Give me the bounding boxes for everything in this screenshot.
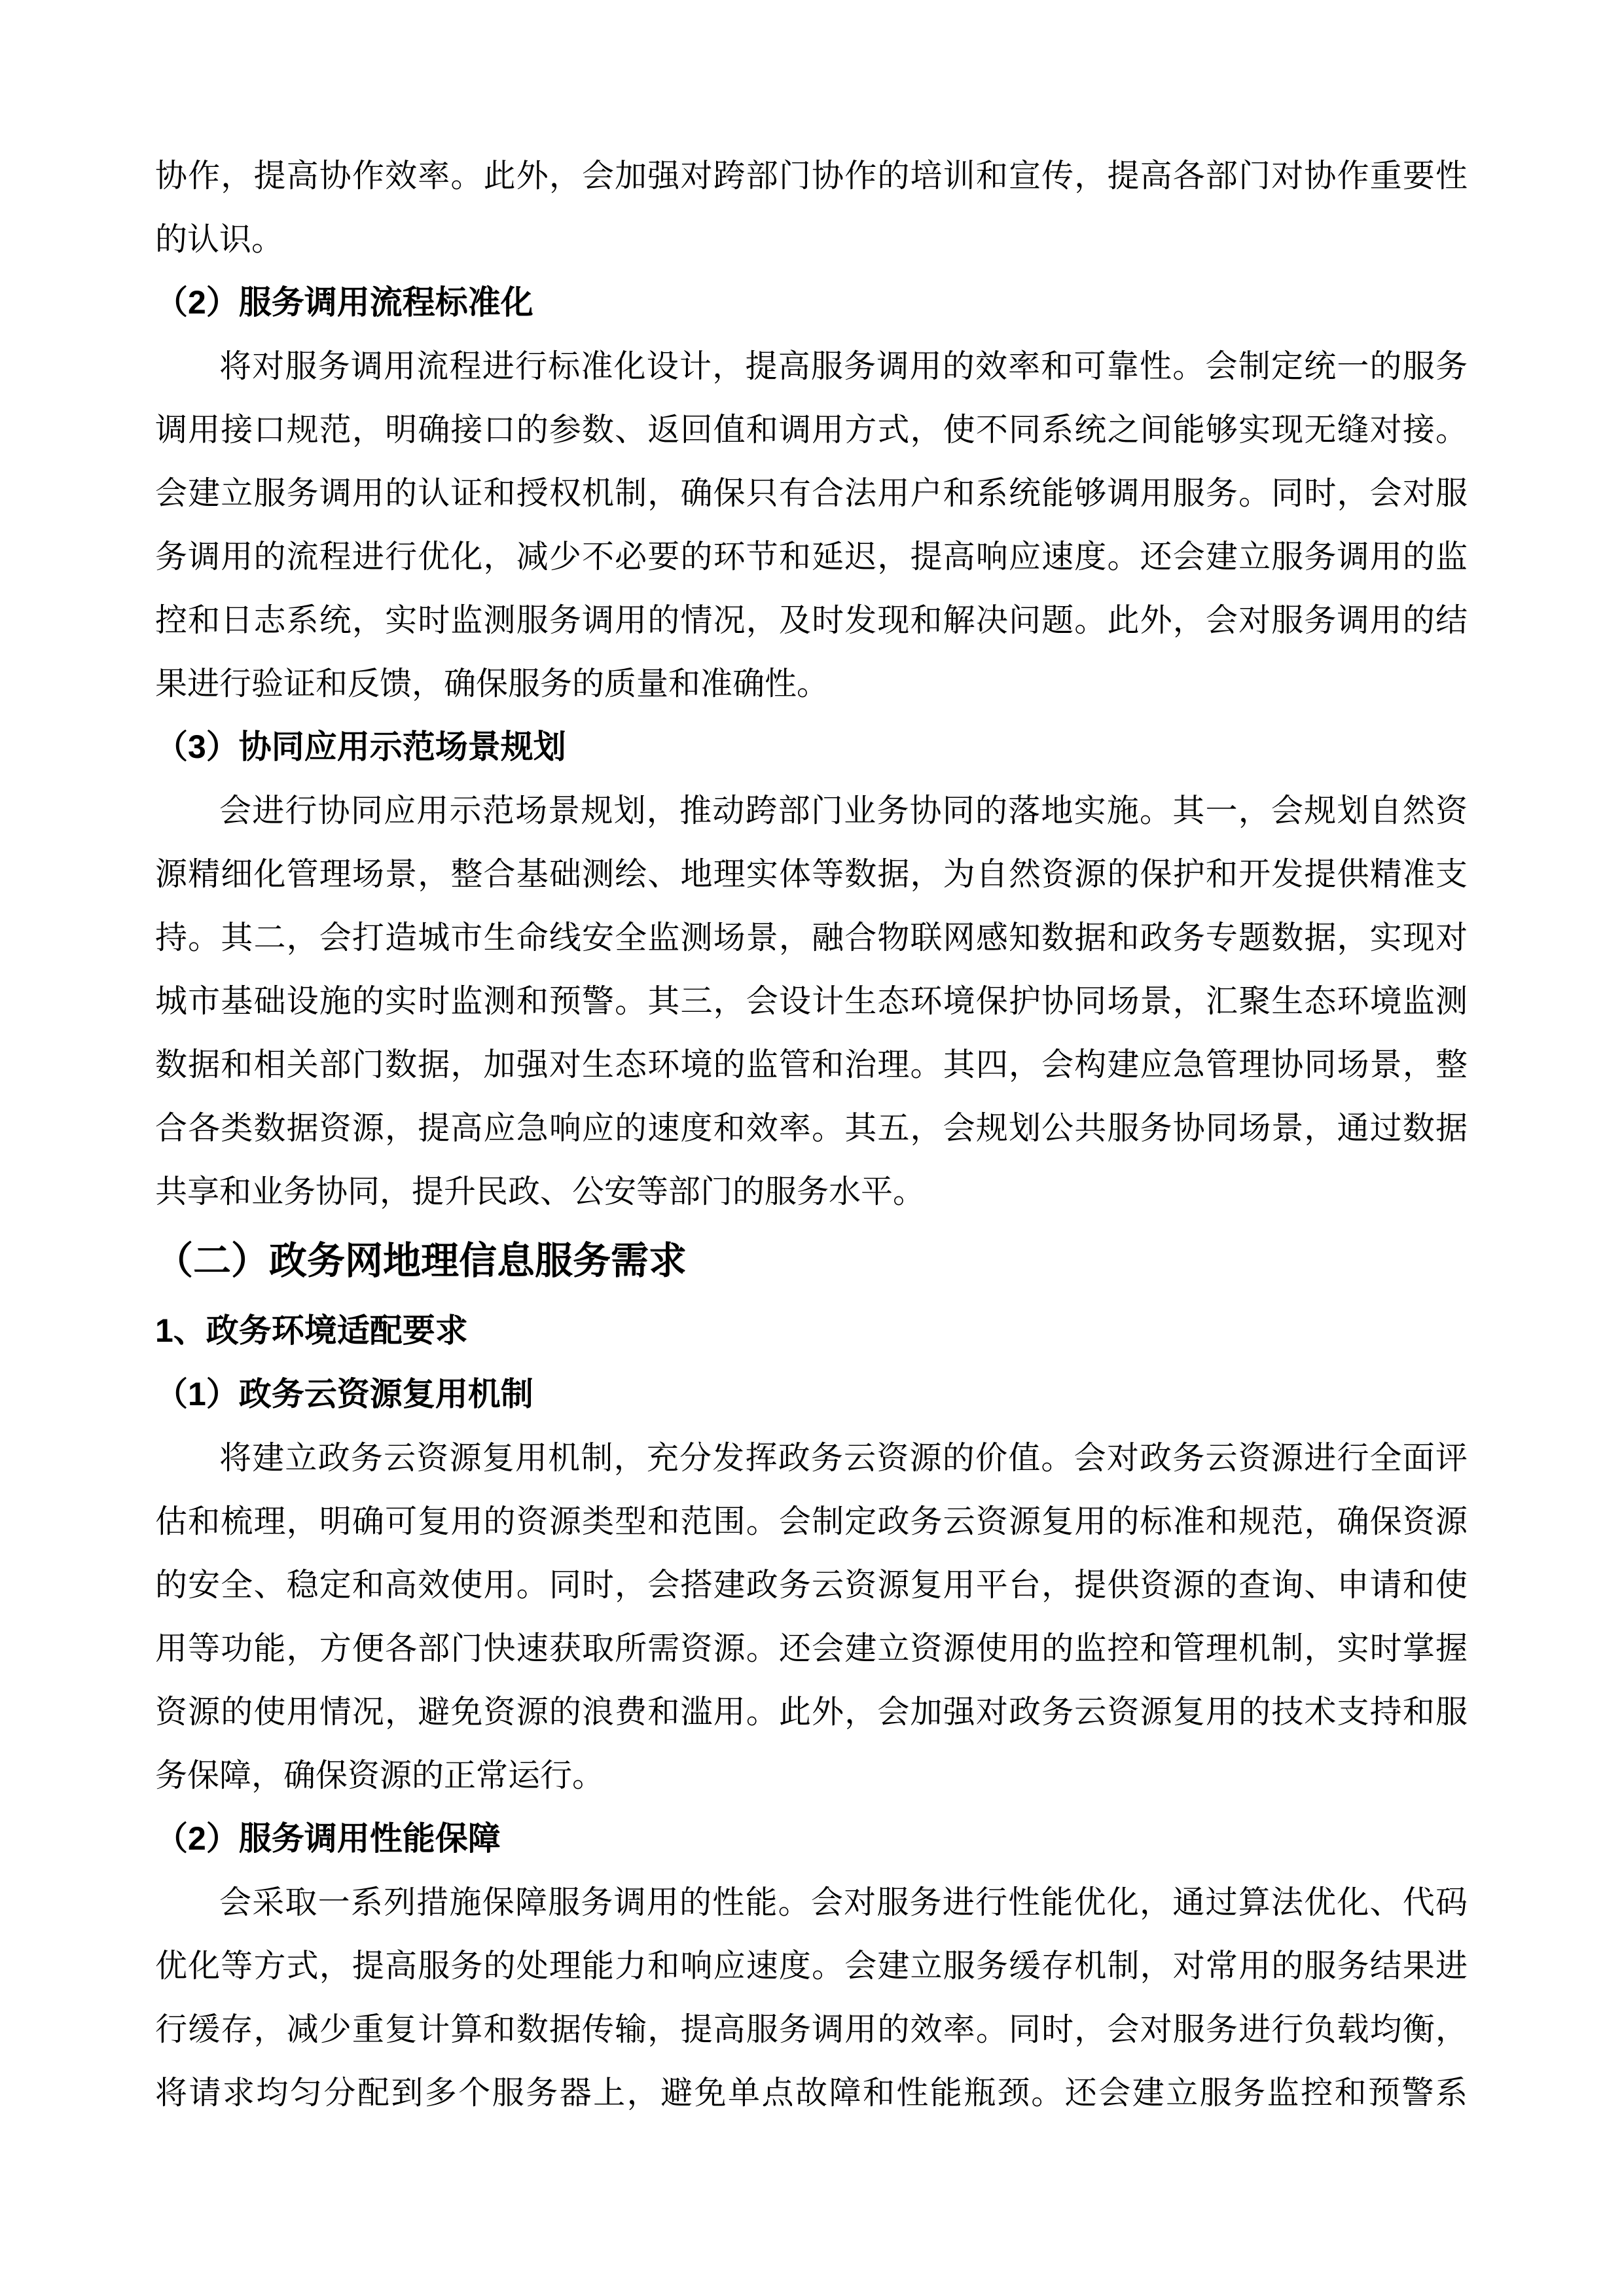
paragraph-line: 将建立政务云资源复用机制，充分发挥政务云资源的价值。会对政务云资源进行全面评 — [155, 1426, 1468, 1490]
paragraph-line: 控和日志系统，实时监测服务调用的情况，及时发现和解决问题。此外，会对服务调用的结 — [155, 588, 1468, 652]
paragraph-line: 的安全、稳定和高效使用。同时，会搭建政务云资源复用平台，提供资源的查询、申请和使 — [155, 1553, 1468, 1617]
paragraph-line: 行缓存，减少重复计算和数据传输，提高服务调用的效率。同时，会对服务进行负载均衡， — [155, 1998, 1468, 2061]
paragraph-line: 估和梳理，明确可复用的资源类型和范围。会制定政务云资源复用的标准和规范，确保资源 — [155, 1490, 1468, 1553]
paragraph-line: 协作，提高协作效率。此外，会加强对跨部门协作的培训和宣传，提高各部门对协作重要性 — [155, 144, 1468, 207]
numbered-heading: 1、政务环境适配要求 — [155, 1299, 1468, 1363]
paragraph-line: 用等功能，方便各部门快速获取所需资源。还会建立资源使用的监控和管理机制，实时掌握 — [155, 1617, 1468, 1680]
subsection-heading: （2）服务调用性能保障 — [155, 1807, 1468, 1871]
paragraph-line: 源精细化管理场景，整合基础测绘、地理实体等数据，为自然资源的保护和开发提供精准支 — [155, 842, 1468, 906]
document-content: 协作，提高协作效率。此外，会加强对跨部门协作的培训和宣传，提高各部门对协作重要性… — [155, 144, 1468, 2125]
paragraph-line: 合各类数据资源，提高应急响应的速度和效率。其五，会规划公共服务协同场景，通过数据 — [155, 1096, 1468, 1160]
paragraph-line: 城市基础设施的实时监测和预警。其三，会设计生态环境保护协同场景，汇聚生态环境监测 — [155, 969, 1468, 1033]
paragraph-line: 务调用的流程进行优化，减少不必要的环节和延迟，提高响应速度。还会建立服务调用的监 — [155, 525, 1468, 588]
section-heading: （二）政务网地理信息服务需求 — [155, 1223, 1468, 1299]
paragraph-line: 持。其二，会打造城市生命线安全监测场景，融合物联网感知数据和政务专题数据，实现对 — [155, 906, 1468, 969]
document-page: 协作，提高协作效率。此外，会加强对跨部门协作的培训和宣传，提高各部门对协作重要性… — [0, 0, 1624, 2296]
paragraph-line: 会进行协同应用示范场景规划，推动跨部门业务协同的落地实施。其一，会规划自然资 — [155, 779, 1468, 842]
paragraph-line: 会采取一系列措施保障服务调用的性能。会对服务进行性能优化，通过算法优化、代码 — [155, 1871, 1468, 1934]
paragraph-line: 将请求均匀分配到多个服务器上，避免单点故障和性能瓶颈。还会建立服务监控和预警系 — [155, 2061, 1468, 2125]
paragraph-line: 将对服务调用流程进行标准化设计，提高服务调用的效率和可靠性。会制定统一的服务 — [155, 334, 1468, 398]
subsection-heading: （3）协同应用示范场景规划 — [155, 715, 1468, 779]
subsection-heading: （1）政务云资源复用机制 — [155, 1363, 1468, 1426]
paragraph-line: 资源的使用情况，避免资源的浪费和滥用。此外，会加强对政务云资源复用的技术支持和服 — [155, 1680, 1468, 1744]
paragraph-line: 共享和业务协同，提升民政、公安等部门的服务水平。 — [155, 1160, 1468, 1223]
paragraph-line: 调用接口规范，明确接口的参数、返回值和调用方式，使不同系统之间能够实现无缝对接。 — [155, 398, 1468, 461]
paragraph-line: 务保障，确保资源的正常运行。 — [155, 1744, 1468, 1807]
paragraph-line: 果进行验证和反馈，确保服务的质量和准确性。 — [155, 652, 1468, 715]
paragraph-line: 会建立服务调用的认证和授权机制，确保只有合法用户和系统能够调用服务。同时，会对服 — [155, 461, 1468, 525]
paragraph-line: 的认识。 — [155, 207, 1468, 271]
paragraph-line: 优化等方式，提高服务的处理能力和响应速度。会建立服务缓存机制，对常用的服务结果进 — [155, 1934, 1468, 1998]
subsection-heading: （2）服务调用流程标准化 — [155, 271, 1468, 334]
paragraph-line: 数据和相关部门数据，加强对生态环境的监管和治理。其四，会构建应急管理协同场景，整 — [155, 1033, 1468, 1096]
